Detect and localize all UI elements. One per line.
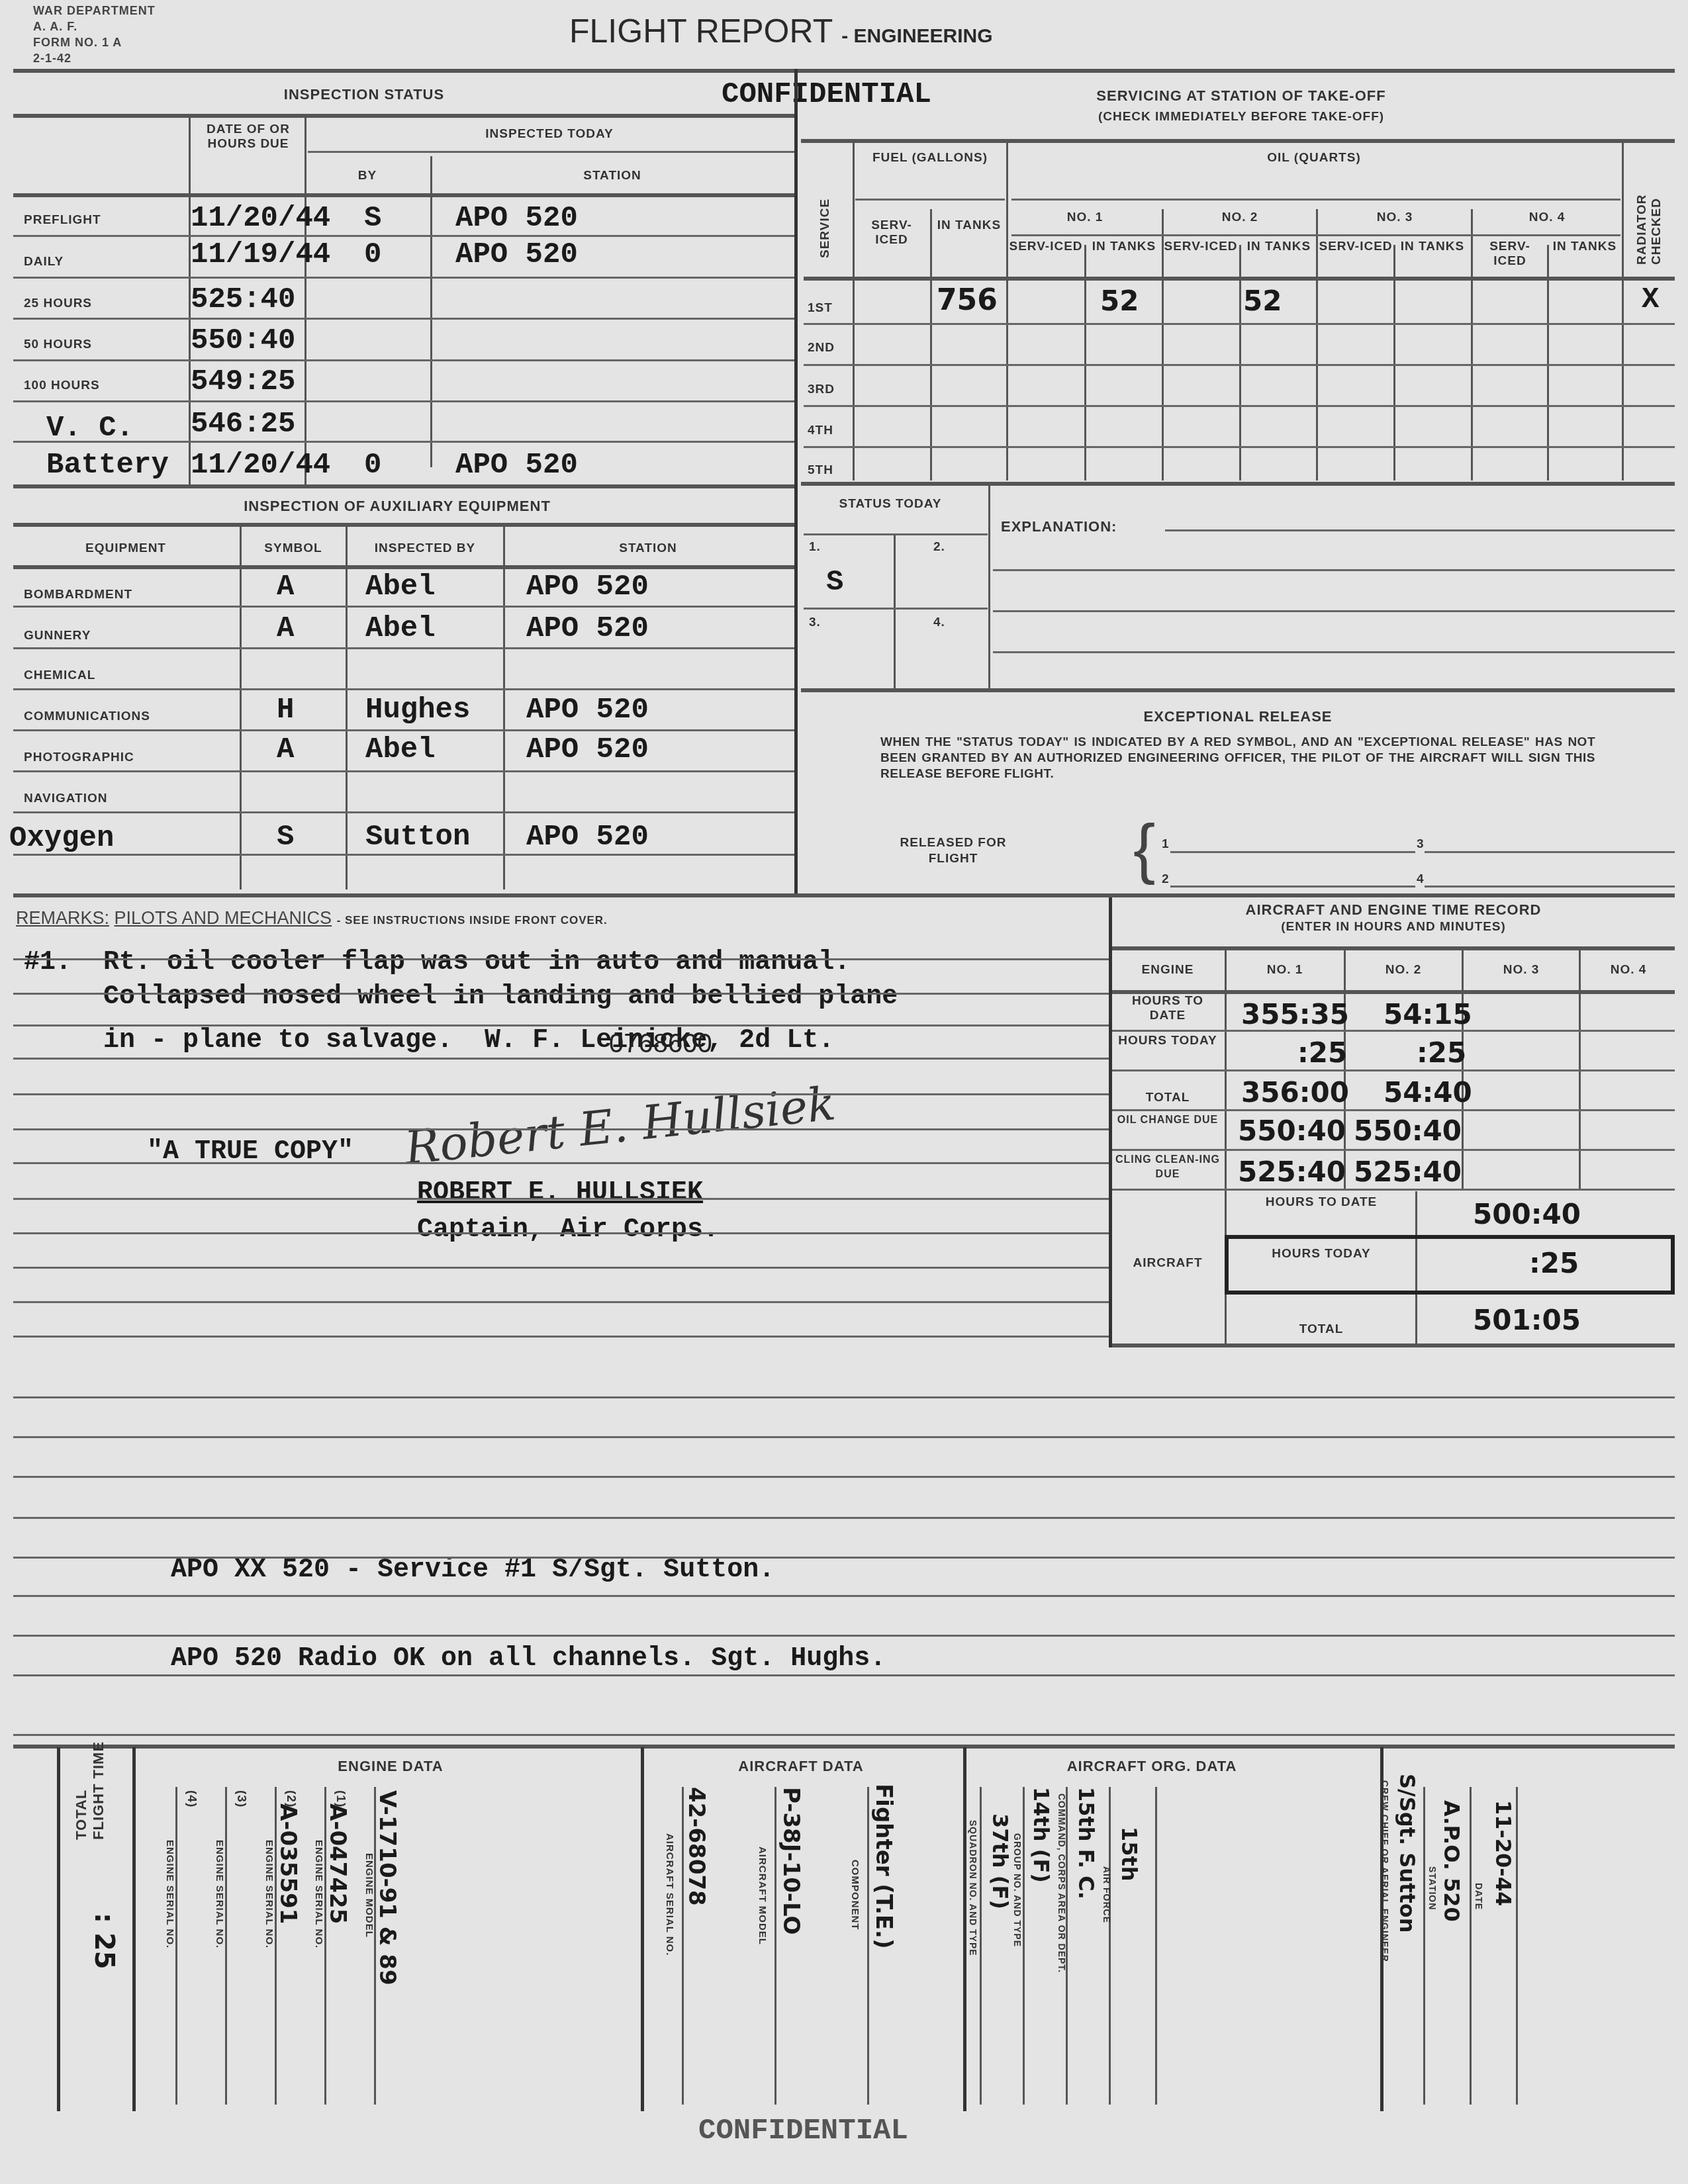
release-slot-1-num: 1 (1162, 837, 1170, 852)
row-label: PREFLIGHT (24, 213, 101, 228)
explanation-field-3[interactable] (993, 610, 1675, 612)
agency-line: 2-1-42 (33, 50, 156, 66)
inspection-status-title: INSPECTION STATUS (199, 86, 530, 103)
row-due: 550:40 (191, 324, 295, 357)
oil1-in-tanks-header: IN TANKS (1087, 240, 1161, 254)
agency-line: WAR DEPARTMENT (33, 3, 156, 19)
explanation-field-1[interactable] (1165, 529, 1675, 531)
agency-line: A. A. F. (33, 19, 156, 34)
aux-station: APO 520 (526, 694, 649, 727)
service-row-label: 5TH (808, 463, 833, 478)
engine-data-title: ENGINE DATA (278, 1758, 503, 1775)
servicing-title: SERVICING AT STATION OF TAKE-OFF (993, 87, 1489, 105)
remarks-pilots-label: PILOTS AND MECHANICS (115, 908, 332, 928)
aux-equipment: CHEMICAL (24, 668, 95, 683)
aux-station: APO 520 (526, 733, 649, 766)
fuel-in-tanks-value: 756 (937, 283, 998, 317)
time-value-e2: :25 (1417, 1036, 1466, 1069)
aux-equipment: Oxygen (9, 822, 114, 855)
signature: Robert E. Hullsiek (402, 1076, 839, 1175)
service-row-label: 3RD (808, 383, 835, 397)
oil4-serviced-header: SERV-ICED (1474, 240, 1546, 269)
service-row-label: 4TH (808, 424, 833, 438)
aircraft-serial-value: 42-68078 (683, 1787, 710, 1906)
fuel-in-tanks-header: IN TANKS (933, 218, 1005, 233)
title-main: FLIGHT REPORT (569, 13, 832, 50)
time-record-subtitle: (ENTER IN HOURS AND MINUTES) (1112, 920, 1675, 934)
oil-engine-4: NO. 4 (1474, 210, 1620, 225)
lower-remark-2: APO 520 Radio OK on all channels. Sgt. H… (171, 1644, 886, 1674)
aircraft-serial-label: AIRCRAFT SERIAL NO. (664, 1833, 675, 1956)
explanation-field-2[interactable] (993, 569, 1675, 571)
service-row-label: 2ND (808, 341, 835, 355)
status-cell-2-num: 2. (933, 540, 945, 555)
group-value: 14th (F) (1029, 1787, 1054, 1883)
aux-equipment: PHOTOGRAPHIC (24, 751, 134, 765)
aircraft-model-value: P-38J-10-LO (778, 1787, 804, 1934)
oil2-in-tanks-header: IN TANKS (1242, 240, 1316, 254)
oil2-serviced-header: SERV-ICED (1164, 240, 1238, 254)
title-suffix: - ENGINEERING (841, 25, 992, 47)
status-cell-3-num: 3. (809, 615, 821, 630)
crew-chief-value: S/Sgt. Sutton (1395, 1774, 1420, 1933)
aux-equipment: GUNNERY (24, 629, 91, 643)
signer-name: ROBERT E. HULLSIEK (417, 1178, 703, 1208)
col-equipment: EQUIPMENT (13, 541, 238, 556)
group-label: GROUP NO. AND TYPE (1012, 1833, 1023, 1947)
engine-slot-prefix: (4) (184, 1790, 199, 1807)
squadron-label: SQUADRON NO. AND TYPE (968, 1820, 978, 1956)
explanation-field-4[interactable] (993, 651, 1675, 653)
classification-top: CONFIDENTIAL (722, 78, 931, 111)
row-station: APO 520 (455, 202, 578, 235)
oil4-in-tanks-header: IN TANKS (1549, 240, 1620, 254)
col-fuel: FUEL (GALLONS) (855, 151, 1005, 165)
aux-station: APO 520 (526, 570, 649, 604)
time-value-e1: 550:40 (1238, 1115, 1346, 1147)
aircraft-hours-today-box (1225, 1235, 1675, 1295)
station-label: STATION (1427, 1866, 1438, 1910)
release-signature-4[interactable] (1425, 886, 1675, 887)
time-value-e2: 550:40 (1354, 1115, 1462, 1147)
oil3-in-tanks-header: IN TANKS (1395, 240, 1470, 254)
row-due: 546:25 (191, 408, 295, 441)
row-station: APO 520 (455, 238, 578, 271)
lower-remark-1: APO XX 520 - Service #1 S/Sgt. Sutton. (171, 1555, 774, 1585)
row-label: 25 HOURS (24, 296, 92, 311)
engine-slot-label: ENGINE SERIAL NO. (263, 1840, 275, 1948)
command-label: COMMAND, CORPS AREA OR DEPT. (1056, 1794, 1067, 1973)
time-value-e2: 54:40 (1383, 1076, 1472, 1109)
component-label: COMPONENT (849, 1860, 861, 1931)
aux-symbol: A (277, 570, 294, 604)
col-aux-station: STATION (506, 541, 790, 556)
aircraft-label: AIRCRAFT (1115, 1256, 1221, 1271)
row-by: 0 (364, 238, 381, 271)
row-due: 11/19/44 (191, 238, 330, 271)
agency-line: FORM NO. 1 A (33, 34, 156, 50)
remarks-header: REMARKS: PILOTS AND MECHANICS - SEE INST… (16, 908, 608, 929)
oil3-serviced-header: SERV-ICED (1319, 240, 1393, 254)
row-station: APO 520 (455, 449, 578, 482)
row-label: V. C. (46, 412, 134, 445)
aircraft-total-label: TOTAL (1229, 1322, 1414, 1337)
col-date-due: DATE OF OR HOURS DUE (195, 122, 301, 152)
exceptional-release-text: WHEN THE "STATUS TODAY" IS INDICATED BY … (880, 735, 1595, 782)
time-record-title: AIRCRAFT AND ENGINE TIME RECORD (1112, 901, 1675, 919)
fuel-serviced-header: SERV-ICED (855, 218, 928, 248)
release-slot-2-num: 2 (1162, 872, 1170, 887)
engine-serial-value: A-047425 (324, 1803, 351, 1924)
aux-symbol: A (277, 612, 294, 645)
aircraft-hours-to-date: 500:40 (1473, 1198, 1581, 1230)
time-row-label: HOURS TO DATE (1115, 994, 1221, 1023)
time-engine-3: NO. 3 (1464, 963, 1578, 978)
time-value-e1: 356:00 (1241, 1076, 1349, 1109)
time-value-e1: :25 (1297, 1036, 1347, 1069)
row-due: 549:25 (191, 365, 295, 398)
col-radiator: RADIATOR CHECKED (1635, 139, 1664, 265)
status-cell-4-num: 4. (933, 615, 945, 630)
aircraft-total: 501:05 (1473, 1304, 1581, 1336)
aux-symbol: A (277, 733, 294, 766)
crew-chief-label: CREW CHIEF OR AERIAL ENGINEER (1380, 1780, 1390, 1962)
service-row-label: 1ST (808, 301, 833, 316)
aircraft-data-title: AIRCRAFT DATA (702, 1758, 900, 1775)
aux-equipment: NAVIGATION (24, 792, 107, 806)
aux-by: Sutton (365, 821, 470, 854)
time-value-e2: 525:40 (1354, 1156, 1462, 1188)
release-signature-1[interactable] (1170, 851, 1415, 853)
servicing-subtitle: (CHECK IMMEDIATELY BEFORE TAKE-OFF) (993, 110, 1489, 124)
auxiliary-title: INSPECTION OF AUXILIARY EQUIPMENT (132, 498, 662, 515)
date-label: DATE (1474, 1883, 1484, 1910)
row-label: DAILY (24, 255, 64, 269)
col-by: BY (311, 169, 424, 183)
release-signature-3[interactable] (1425, 851, 1675, 853)
component-value: Fighter (T.E.) (870, 1784, 897, 1949)
time-engine-1: NO. 1 (1227, 963, 1342, 978)
col-engine: ENGINE (1112, 963, 1223, 978)
remark-line-2: Collapsed nosed wheel in landing and bel… (24, 982, 898, 1012)
status-today-title: STATUS TODAY (814, 496, 966, 512)
release-signature-2[interactable] (1170, 886, 1415, 887)
status-cell-1-num: 1. (809, 540, 821, 555)
col-inspected-by: INSPECTED BY (348, 541, 502, 556)
air-force-value: 15th (1117, 1827, 1142, 1882)
aircraft-hours-to-date-label: HOURS TO DATE (1229, 1195, 1414, 1210)
total-flight-time-value: : 25 (89, 1913, 119, 1970)
col-oil: OIL (QUARTS) (1225, 151, 1403, 165)
status-cell-1-value: S (826, 566, 843, 599)
command-value: 15th F. C. (1074, 1787, 1099, 1899)
oil-engine-2: NO. 2 (1164, 210, 1316, 225)
time-row-label: CLING CLEAN-ING DUE (1115, 1153, 1221, 1182)
aux-by: Abel (365, 733, 436, 766)
squadron-value: 37th (F) (988, 1813, 1013, 1909)
oil1-serviced-header: SERV-ICED (1009, 240, 1083, 254)
aux-station: APO 520 (526, 821, 649, 854)
time-row-label: HOURS TODAY (1115, 1034, 1221, 1048)
signer-title: Captain, Air Corps. (417, 1215, 719, 1245)
released-for-flight-label: RELEASED FOR FLIGHT (874, 835, 1033, 867)
aircraft-hours-today: :25 (1529, 1247, 1579, 1279)
time-value-e2: 54:15 (1383, 998, 1472, 1030)
engine-model-label: ENGINE MODEL (363, 1853, 375, 1938)
col-service: SERVICE (818, 199, 833, 258)
row-label: Battery (46, 449, 169, 482)
time-engine-4: NO. 4 (1582, 963, 1675, 978)
row-label: 100 HOURS (24, 379, 100, 393)
exceptional-release-title: EXCEPTIONAL RELEASE (1006, 708, 1470, 725)
oil1-in-tanks-value: 52 (1100, 285, 1139, 317)
remark-serial: 0768600 (609, 1029, 712, 1059)
time-row-label: OIL CHANGE DUE (1115, 1113, 1221, 1128)
air-force-label: AIR FORCE (1102, 1866, 1112, 1923)
aux-station: APO 520 (526, 612, 649, 645)
col-symbol: SYMBOL (242, 541, 344, 556)
brace-icon: { (1133, 815, 1155, 882)
release-slot-4-num: 4 (1417, 872, 1425, 887)
aux-equipment: COMMUNICATIONS (24, 709, 150, 724)
remarks-label: REMARKS: (16, 908, 109, 928)
time-value-e1: 525:40 (1238, 1156, 1346, 1188)
aux-equipment: BOMBARDMENT (24, 588, 132, 602)
row-label: 50 HOURS (24, 338, 92, 352)
col-station: STATION (437, 169, 788, 183)
row-by: 0 (364, 449, 381, 482)
agency-block: WAR DEPARTMENT A. A. F. FORM NO. 1 A 2-1… (33, 3, 156, 66)
engine-model-value: V-1710-91 & 89 (374, 1790, 400, 1985)
remarks-instructions: - SEE INSTRUCTIONS INSIDE FRONT COVER. (337, 914, 608, 927)
oil-engine-3: NO. 3 (1319, 210, 1471, 225)
page-title: FLIGHT REPORT - ENGINEERING (569, 12, 993, 50)
release-slot-3-num: 3 (1417, 837, 1425, 852)
aux-by: Hughes (365, 694, 470, 727)
station-value: A.P.O. 520 (1439, 1800, 1464, 1922)
remark-line-1: #1. Rt. oil cooler flap was out in auto … (24, 948, 850, 978)
aux-symbol: H (277, 694, 294, 727)
explanation-label: EXPLANATION: (1001, 518, 1117, 535)
time-value-e1: 355:35 (1241, 998, 1349, 1030)
oil-engine-1: NO. 1 (1009, 210, 1161, 225)
engine-slot-prefix: (3) (234, 1790, 248, 1807)
row-by: S (364, 202, 381, 235)
classification-bottom: CONFIDENTIAL (698, 2115, 908, 2148)
engine-slot-label: ENGINE SERIAL NO. (313, 1840, 324, 1948)
aircraft-hours-today-label: HOURS TODAY (1229, 1247, 1414, 1261)
engine-serial-value: A-035591 (275, 1803, 301, 1924)
oil2-in-tanks-value: 52 (1243, 285, 1282, 317)
time-row-label: TOTAL (1115, 1091, 1221, 1105)
time-engine-2: NO. 2 (1346, 963, 1460, 978)
engine-slot-label: ENGINE SERIAL NO. (214, 1840, 225, 1948)
total-flight-time-label: TOTAL FLIGHT TIME (73, 1741, 107, 1840)
row-due: 525:40 (191, 283, 295, 316)
aux-symbol: S (277, 821, 294, 854)
aircraft-model-label: AIRCRAFT MODEL (757, 1846, 768, 1945)
row-due: 11/20/44 (191, 449, 330, 482)
engine-slot-label: ENGINE SERIAL NO. (164, 1840, 175, 1948)
org-data-title: AIRCRAFT ORG. DATA (1019, 1758, 1284, 1775)
date-value: 11-20-44 (1491, 1800, 1516, 1906)
remark-line-3: in - plane to salvage. W. F. Leinicke, 2… (24, 1026, 834, 1056)
aux-by: Abel (365, 570, 436, 604)
radiator-checked-value: X (1642, 283, 1659, 316)
aux-by: Abel (365, 612, 436, 645)
col-inspected-today: INSPECTED TODAY (311, 127, 788, 142)
row-due: 11/20/44 (191, 202, 330, 235)
